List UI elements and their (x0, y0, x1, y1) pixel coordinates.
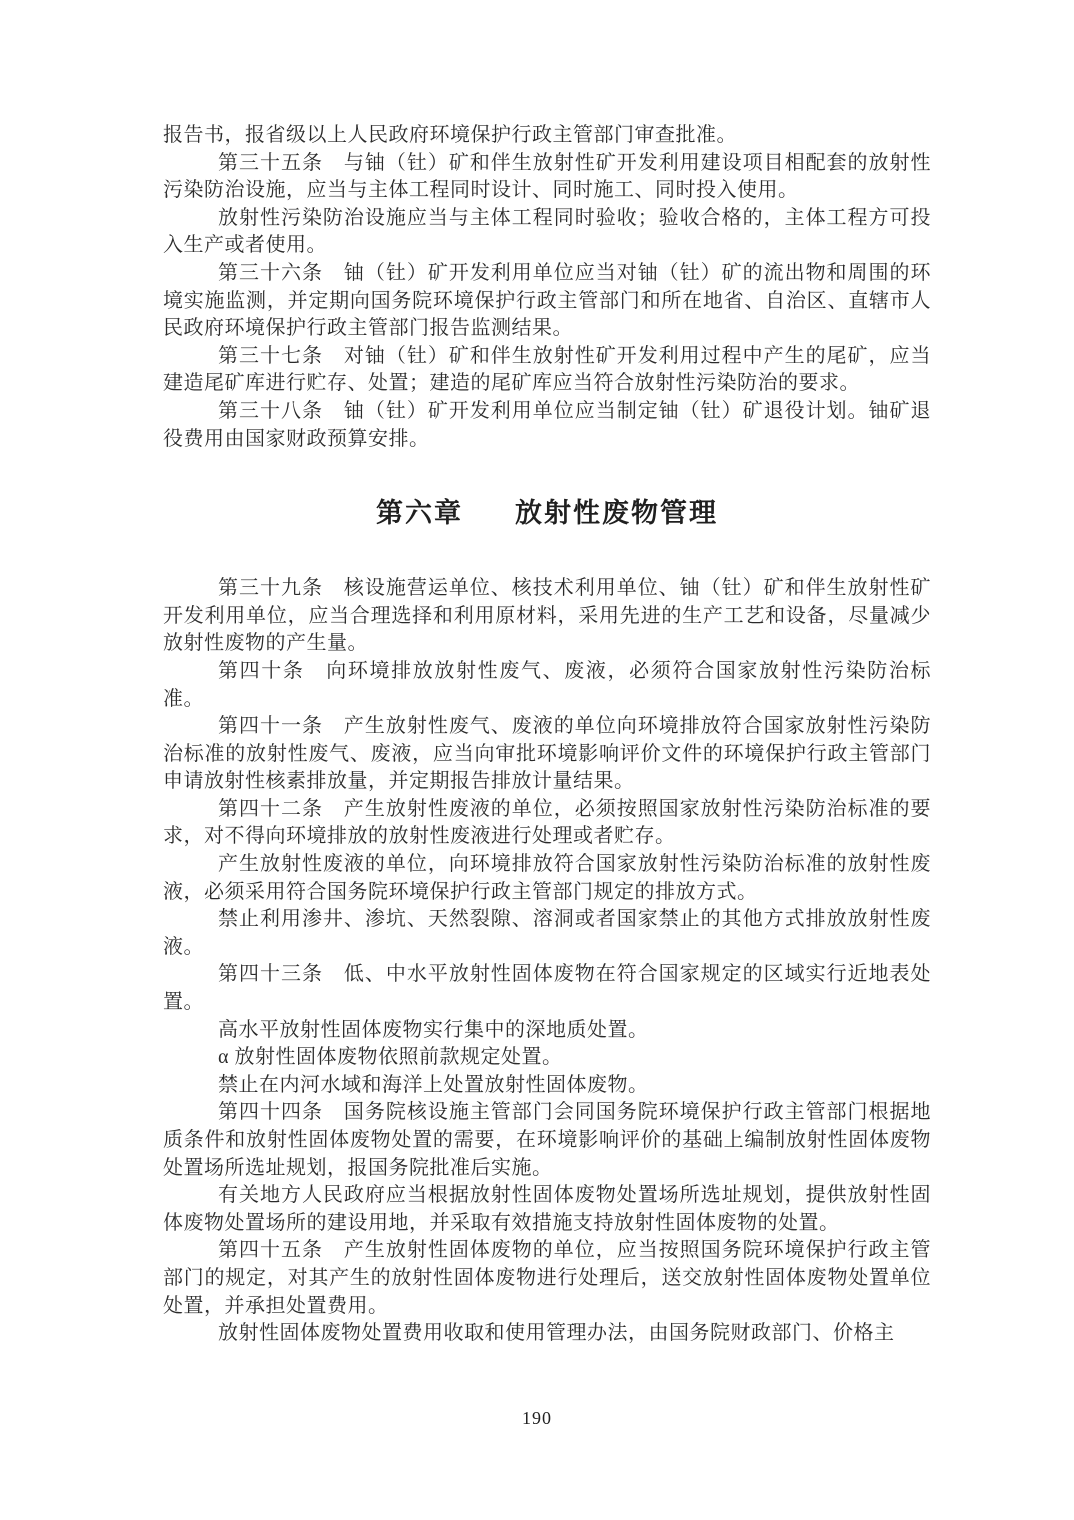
paragraph-continuation: 报告书，报省级以上人民政府环境保护行政主管部门审查批准。 (163, 122, 931, 150)
chapter-title: 放射性废物管理 (515, 497, 718, 529)
paragraph-article-42-cont2: 禁止利用渗井、渗坑、天然裂隙、溶洞或者国家禁止的其他方式排放放射性废液。 (163, 906, 931, 961)
paragraph-article-37: 第三十七条 对铀（钍）矿和伴生放射性矿开发利用过程中产生的尾矿，应当建造尾矿库进… (163, 343, 931, 398)
paragraph-article-42: 第四十二条 产生放射性废液的单位，必须按照国家放射性污染防治标准的要求，对不得向… (163, 796, 931, 851)
paragraph-article-43-cont2: α 放射性固体废物依照前款规定处置。 (163, 1044, 931, 1072)
paragraph-article-41: 第四十一条 产生放射性废气、废液的单位向环境排放符合国家放射性污染防治标准的放射… (163, 713, 931, 796)
paragraph-article-40: 第四十条 向环境排放放射性废气、废液，必须符合国家放射性污染防治标准。 (163, 658, 931, 713)
body-text: 报告书，报省级以上人民政府环境保护行政主管部门审查批准。 第三十五条 与铀（钍）… (163, 122, 931, 1348)
paragraph-article-42-cont1: 产生放射性废液的单位，向环境排放符合国家放射性污染防治标准的放射性废液，必须采用… (163, 851, 931, 906)
paragraph-article-38: 第三十八条 铀（钍）矿开发利用单位应当制定铀（钍）矿退役计划。铀矿退役费用由国家… (163, 398, 931, 453)
paragraph-article-35: 第三十五条 与铀（钍）矿和伴生放射性矿开发利用建设项目相配套的放射性污染防治设施… (163, 150, 931, 205)
paragraph-article-45: 第四十五条 产生放射性固体废物的单位，应当按照国务院环境保护行政主管部门的规定，… (163, 1237, 931, 1320)
page-number: 190 (0, 1406, 1074, 1430)
document-page: 报告书，报省级以上人民政府环境保护行政主管部门审查批准。 第三十五条 与铀（钍）… (0, 0, 1074, 1520)
paragraph-article-43-cont3: 禁止在内河水域和海洋上处置放射性固体废物。 (163, 1072, 931, 1100)
paragraph-article-44: 第四十四条 国务院核设施主管部门会同国务院环境保护行政主管部门根据地质条件和放射… (163, 1099, 931, 1182)
paragraph-article-45-cont: 放射性固体废物处置费用收取和使用管理办法，由国务院财政部门、价格主 (163, 1320, 931, 1348)
chapter-number: 第六章 (376, 497, 463, 529)
paragraph-article-43-cont1: 高水平放射性固体废物实行集中的深地质处置。 (163, 1017, 931, 1045)
chapter-heading: 第六章 放射性废物管理 (163, 497, 931, 529)
paragraph-article-35-cont: 放射性污染防治设施应当与主体工程同时验收；验收合格的，主体工程方可投入生产或者使… (163, 205, 931, 260)
paragraph-article-36: 第三十六条 铀（钍）矿开发利用单位应当对铀（钍）矿的流出物和周围的环境实施监测，… (163, 260, 931, 343)
paragraph-article-44-cont: 有关地方人民政府应当根据放射性固体废物处置场所选址规划，提供放射性固体废物处置场… (163, 1182, 931, 1237)
paragraph-article-43: 第四十三条 低、中水平放射性固体废物在符合国家规定的区域实行近地表处置。 (163, 961, 931, 1016)
paragraph-article-39: 第三十九条 核设施营运单位、核技术利用单位、铀（钍）矿和伴生放射性矿开发利用单位… (163, 575, 931, 658)
